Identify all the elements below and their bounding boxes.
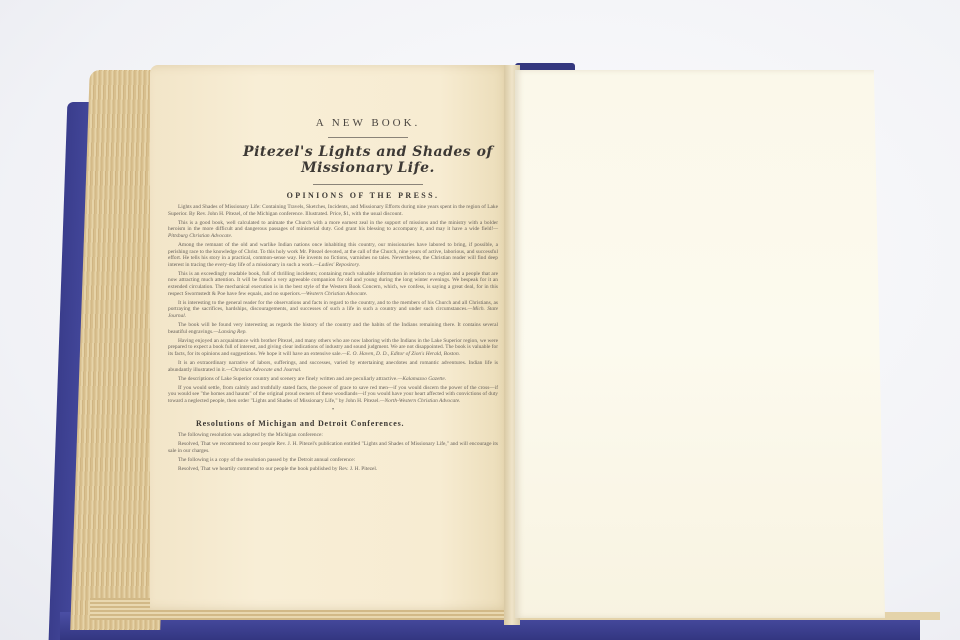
resolution-paragraph: Resolved, That we recommend to our peopl…	[168, 441, 498, 454]
press-opinions: Lights and Shades of Missionary Life: Co…	[168, 204, 498, 405]
quote-text: This is a good book, well calculated to …	[168, 220, 498, 233]
press-quote: This is an exceedingly readable book, fu…	[168, 271, 498, 297]
press-quote: Among the remnant of the old and warlike…	[168, 242, 498, 268]
press-quote: Having enjoyed an acquaintance with brot…	[168, 338, 498, 358]
quote-source: —Christian Advocate and Journal.	[226, 367, 301, 373]
press-quote: Lights and Shades of Missionary Life: Co…	[168, 204, 498, 217]
resolution-paragraph: The following is a copy of the resolutio…	[168, 457, 498, 464]
quote-source: —E. O. Haven, D. D., Editor of Zion's He…	[342, 351, 460, 357]
asterism-ornament: •	[168, 407, 498, 413]
resolution-paragraph: The following resolution was adopted by …	[168, 432, 498, 439]
quote-source: —Western Christian Advocate.	[301, 291, 367, 297]
quote-source: —Ladies' Repository.	[314, 262, 360, 268]
divider-rule	[313, 184, 423, 185]
press-quote: It is interesting to the general reader …	[168, 300, 498, 320]
resolution-paragraph: Resolved, That we heartily commend to ou…	[168, 466, 498, 473]
resolutions: The following resolution was adopted by …	[168, 432, 498, 472]
press-quote: If you would settle, from calmly and tru…	[168, 385, 498, 405]
photo-scene: A NEW BOOK. Pitezel's Lights and Shades …	[0, 0, 960, 640]
press-quote: The book will be found very interesting …	[168, 322, 498, 335]
right-page-blank	[515, 70, 885, 618]
press-quote: It is an extraordinary narrative of labo…	[168, 360, 498, 373]
quote-text: Lights and Shades of Missionary Life: Co…	[168, 204, 498, 217]
quote-source: —Kalamazoo Gazette.	[398, 376, 447, 382]
section-heading: OPINIONS OF THE PRESS.	[228, 191, 498, 200]
quote-text: The descriptions of Lake Superior countr…	[178, 376, 398, 382]
book-title: Pitezel's Lights and Shades of Missionar…	[238, 144, 498, 176]
press-quote: The descriptions of Lake Superior countr…	[168, 376, 498, 383]
press-quote: This is a good book, well calculated to …	[168, 220, 498, 240]
resolutions-heading: Resolutions of Michigan and Detroit Conf…	[196, 419, 498, 428]
page-kicker: A NEW BOOK.	[238, 117, 498, 129]
quote-source: —North-Western Christian Advocate.	[380, 398, 461, 404]
divider-rule	[328, 137, 408, 138]
left-page-content: A NEW BOOK. Pitezel's Lights and Shades …	[168, 117, 498, 475]
quote-text: It is interesting to the general reader …	[168, 300, 498, 313]
left-page: A NEW BOOK. Pitezel's Lights and Shades …	[150, 65, 512, 610]
quote-text: It is an extraordinary narrative of labo…	[168, 360, 498, 373]
quote-source: —Lansing Rep.	[214, 329, 247, 335]
